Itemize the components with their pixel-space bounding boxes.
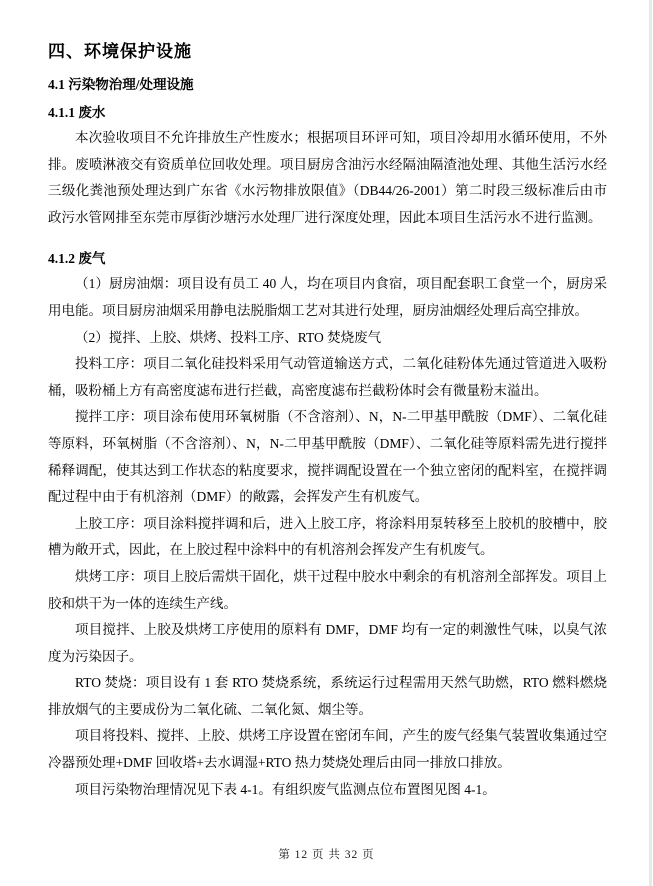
chapter-heading: 四、环境保护设施 <box>48 41 607 62</box>
paragraph-collection-treatment: 项目将投料、搅拌、上胶、烘烤工序设置在密闭车间，产生的废气经集气装置收集通过空冷… <box>48 723 607 776</box>
section-4-1-1-heading: 4.1.1 废水 <box>48 104 607 121</box>
paragraph-baking-process: 烘烤工序：项目上胶后需烘干固化，烘干过程中胶水中剩余的有机溶剂全部挥发。项目上胶… <box>48 564 607 617</box>
paragraph-dmf-odor: 项目搅拌、上胶及烘烤工序使用的原料有 DMF，DMF 均有一定的刺激性气味，以臭… <box>48 617 607 670</box>
paragraph-feeding-process: 投料工序：项目二氧化硅投料采用气动管道输送方式，二氧化硅粉体先通过管道进入吸粉桶… <box>48 351 607 404</box>
paragraph-process-gas-list: （2）搅拌、上胶、烘烤、投料工序、RTO 焚烧废气 <box>48 325 607 352</box>
section-4-1-heading: 4.1 污染物治理/处理设施 <box>48 76 607 93</box>
page-right-edge <box>649 0 652 886</box>
paragraph-mixing-process: 搅拌工序：项目涂布使用环氧树脂（不含溶剂）、N，N-二甲基甲酰胺（DMF）、二氧… <box>48 404 607 510</box>
paragraph-kitchen-fume: （1）厨房油烟：项目设有员工 40 人，均在项目内食宿，项目配套职工食堂一个，厨… <box>48 271 607 324</box>
document-page: 四、环境保护设施 4.1 污染物治理/处理设施 4.1.1 废水 本次验收项目不… <box>0 0 653 886</box>
paragraph-table-figure-reference: 项目污染物治理情况见下表 4-1。有组织废气监测点位布置图见图 4-1。 <box>48 777 607 804</box>
paragraph-gluing-process: 上胶工序：项目涂料搅拌调和后，进入上胶工序，将涂料用泵转移至上胶机的胶槽中，胶槽… <box>48 511 607 564</box>
section-4-1-2-heading: 4.1.2 废气 <box>48 250 607 267</box>
page-number-footer: 第 12 页 共 32 页 <box>0 846 653 862</box>
paragraph-wastewater: 本次验收项目不允许排放生产性废水；根据项目环评可知，项目冷却用水循环使用，不外排… <box>48 125 607 231</box>
paragraph-rto-incineration: RTO 焚烧：项目设有 1 套 RTO 焚烧系统，系统运行过程需用天然气助燃，R… <box>48 670 607 723</box>
